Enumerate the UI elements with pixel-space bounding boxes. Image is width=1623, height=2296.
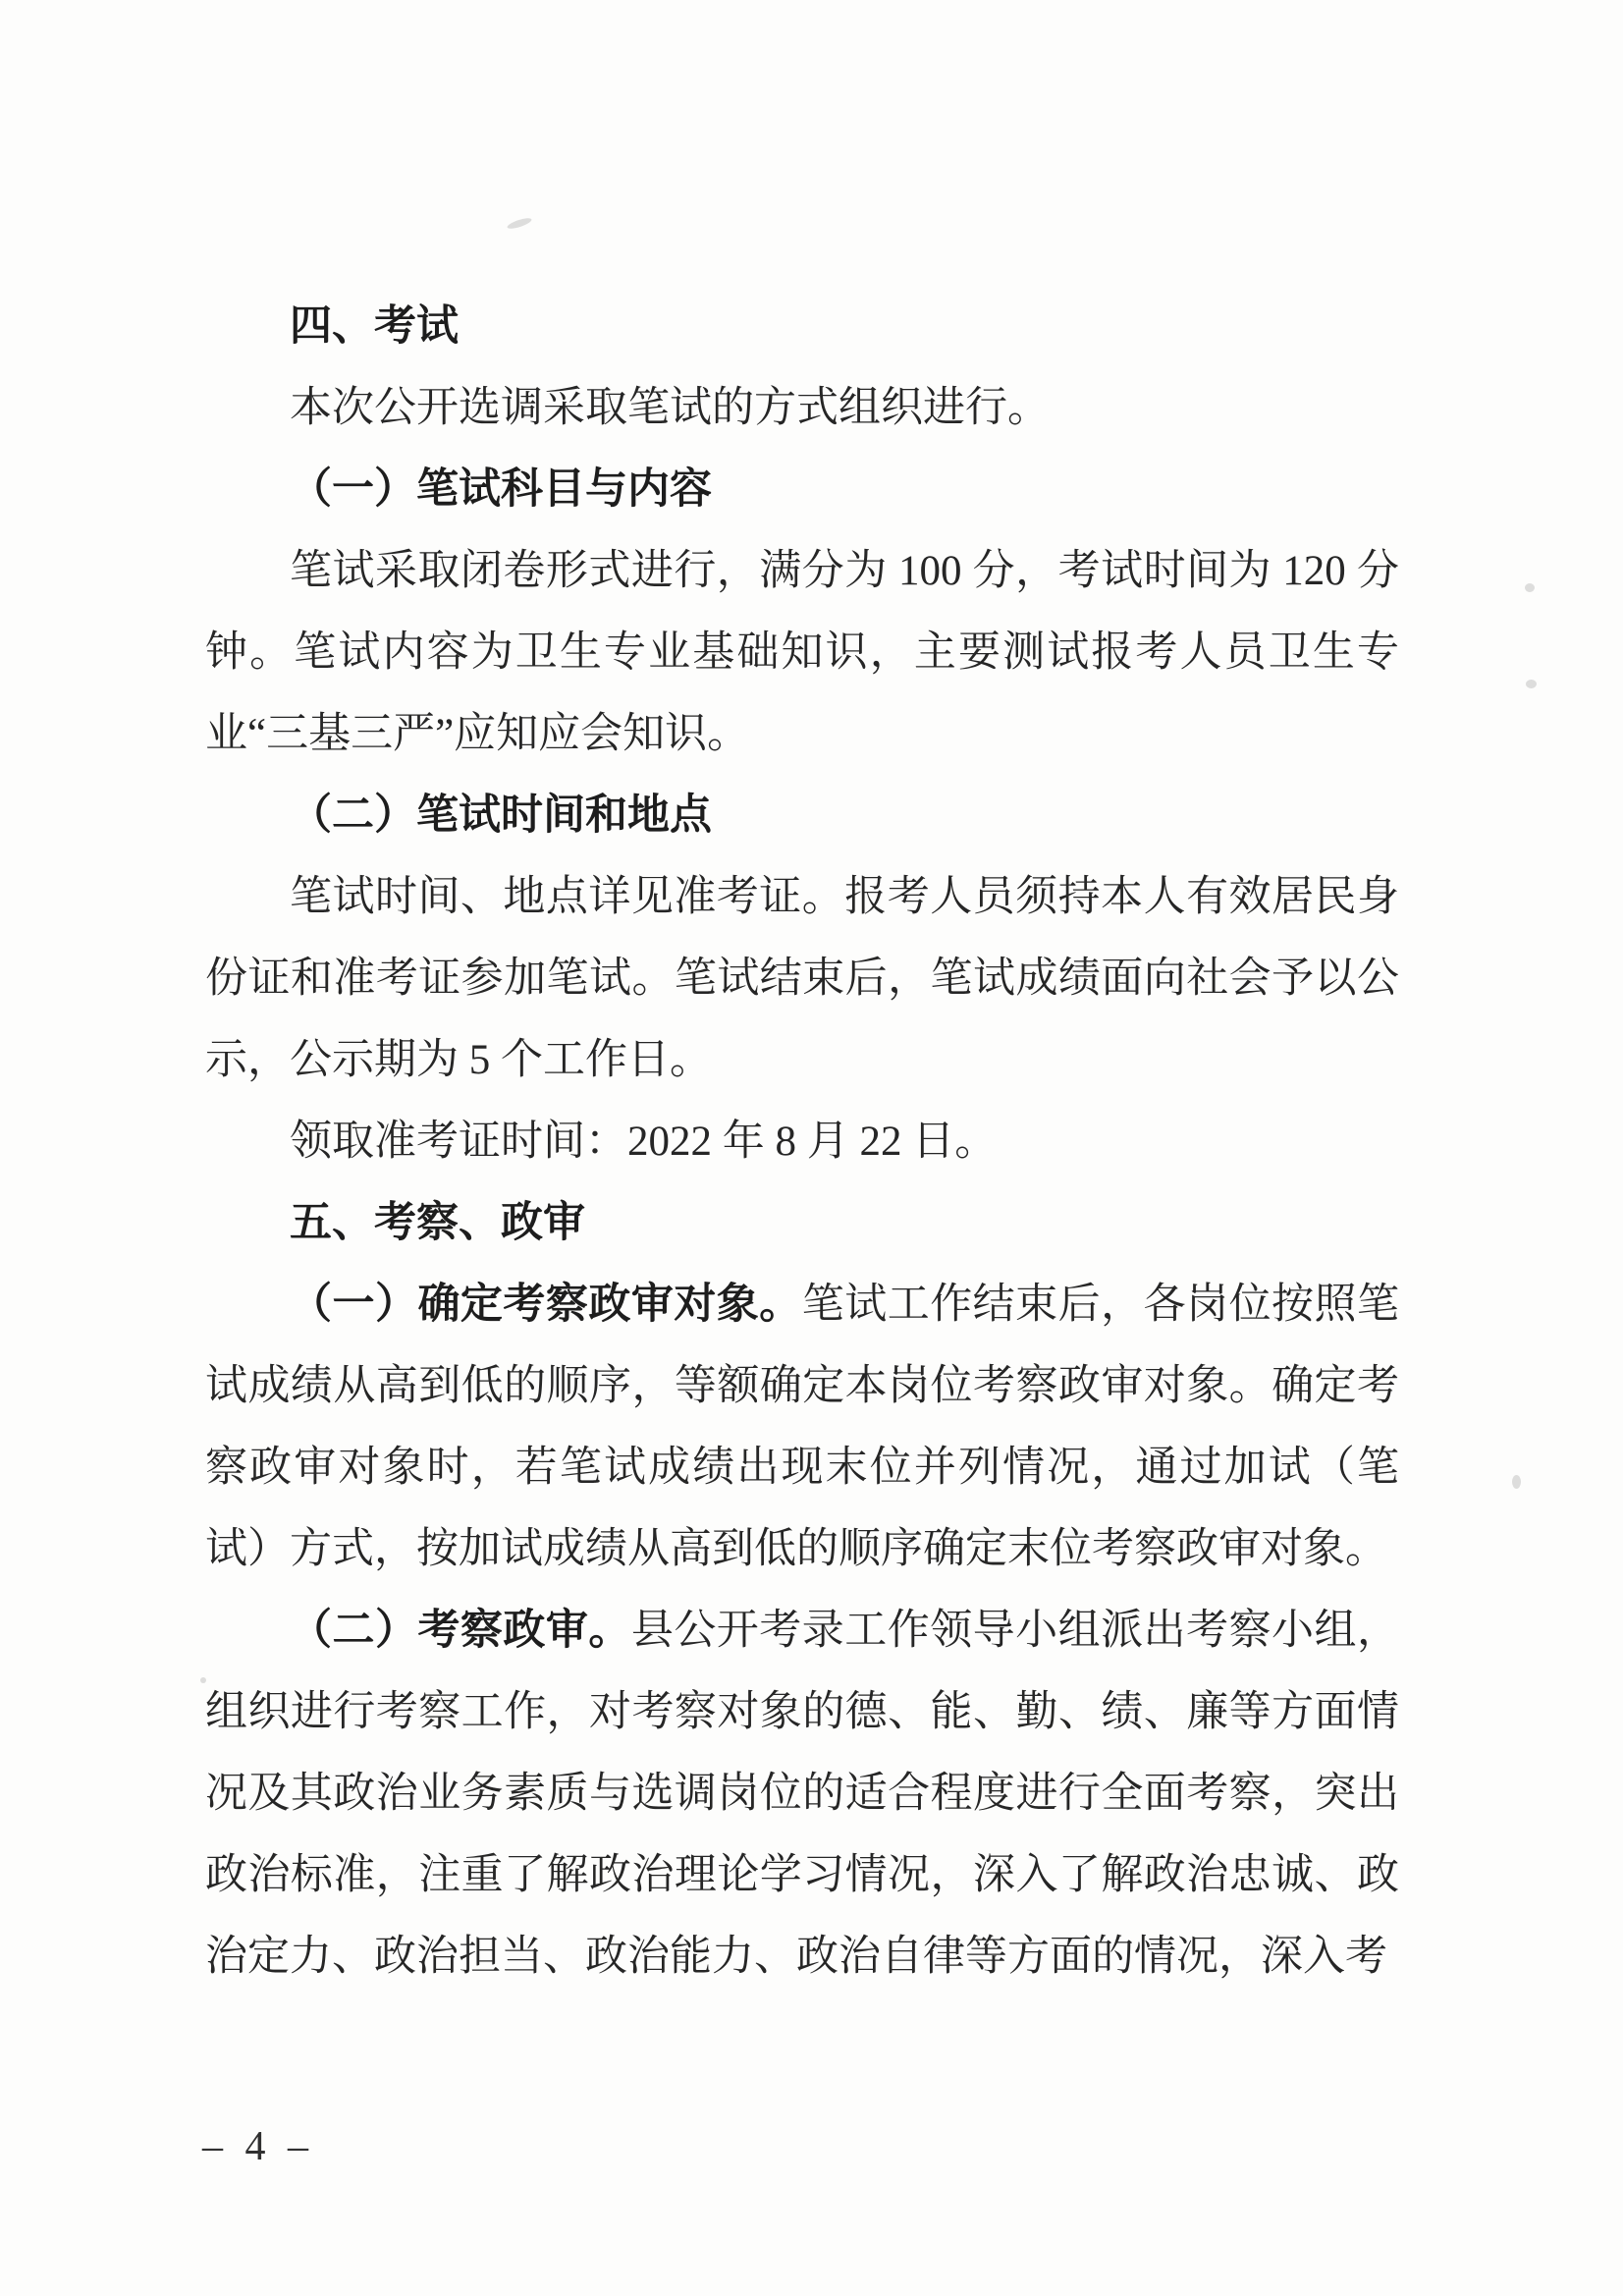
scan-speck xyxy=(1525,583,1535,592)
page-number: – 4 – xyxy=(202,2123,314,2170)
paragraph-written-test-format: 笔试采取闭卷形式进行，满分为 100 分，考试时间为 120 分钟。笔试内容为卫… xyxy=(205,530,1399,775)
paragraph-lead-inspection-political-review: （二）考察政审。 xyxy=(290,1608,631,1654)
paragraph-determine-inspection-targets: （一）确定考察政审对象。笔试工作结束后，各岗位按照笔试成绩从高到低的顺序，等额确… xyxy=(205,1264,1399,1590)
paragraph-admission-ticket-rules: 笔试时间、地点详见准考证。报考人员须持本人有效居民身份证和准考证参加笔试。笔试结… xyxy=(205,856,1399,1101)
paragraph-inspection-political-review: （二）考察政审。县公开考录工作领导小组派出考察小组，组织进行考察工作，对考察对象… xyxy=(205,1590,1399,1997)
paragraph-text-inspection-political-review: 县公开考录工作领导小组派出考察小组，组织进行考察工作，对考察对象的德、能、勤、绩… xyxy=(205,1608,1399,1980)
scan-speck xyxy=(1512,1475,1521,1489)
paragraph-ticket-pickup-time: 领取准考证时间：2022 年 8 月 22 日。 xyxy=(205,1101,1399,1182)
scan-speck xyxy=(1526,680,1537,688)
heading-written-test-time-place: （二）笔试时间和地点 xyxy=(205,775,1399,856)
heading-section-inspection-political-review: 五、考察、政审 xyxy=(205,1182,1399,1264)
paragraph-exam-intro: 本次公开选调采取笔试的方式组织进行。 xyxy=(205,367,1399,449)
document-text-block: 四、考试 本次公开选调采取笔试的方式组织进行。 （一）笔试科目与内容 笔试采取闭… xyxy=(205,286,1399,1997)
scan-speck xyxy=(200,1677,206,1683)
heading-section-exam: 四、考试 xyxy=(205,286,1399,367)
scanned-document-page: 四、考试 本次公开选调采取笔试的方式组织进行。 （一）笔试科目与内容 笔试采取闭… xyxy=(0,0,1623,2296)
heading-written-test-subject-content: （一）笔试科目与内容 xyxy=(205,449,1399,530)
paragraph-lead-determine-inspection-targets: （一）确定考察政审对象。 xyxy=(290,1282,802,1328)
scan-speck xyxy=(507,216,533,231)
